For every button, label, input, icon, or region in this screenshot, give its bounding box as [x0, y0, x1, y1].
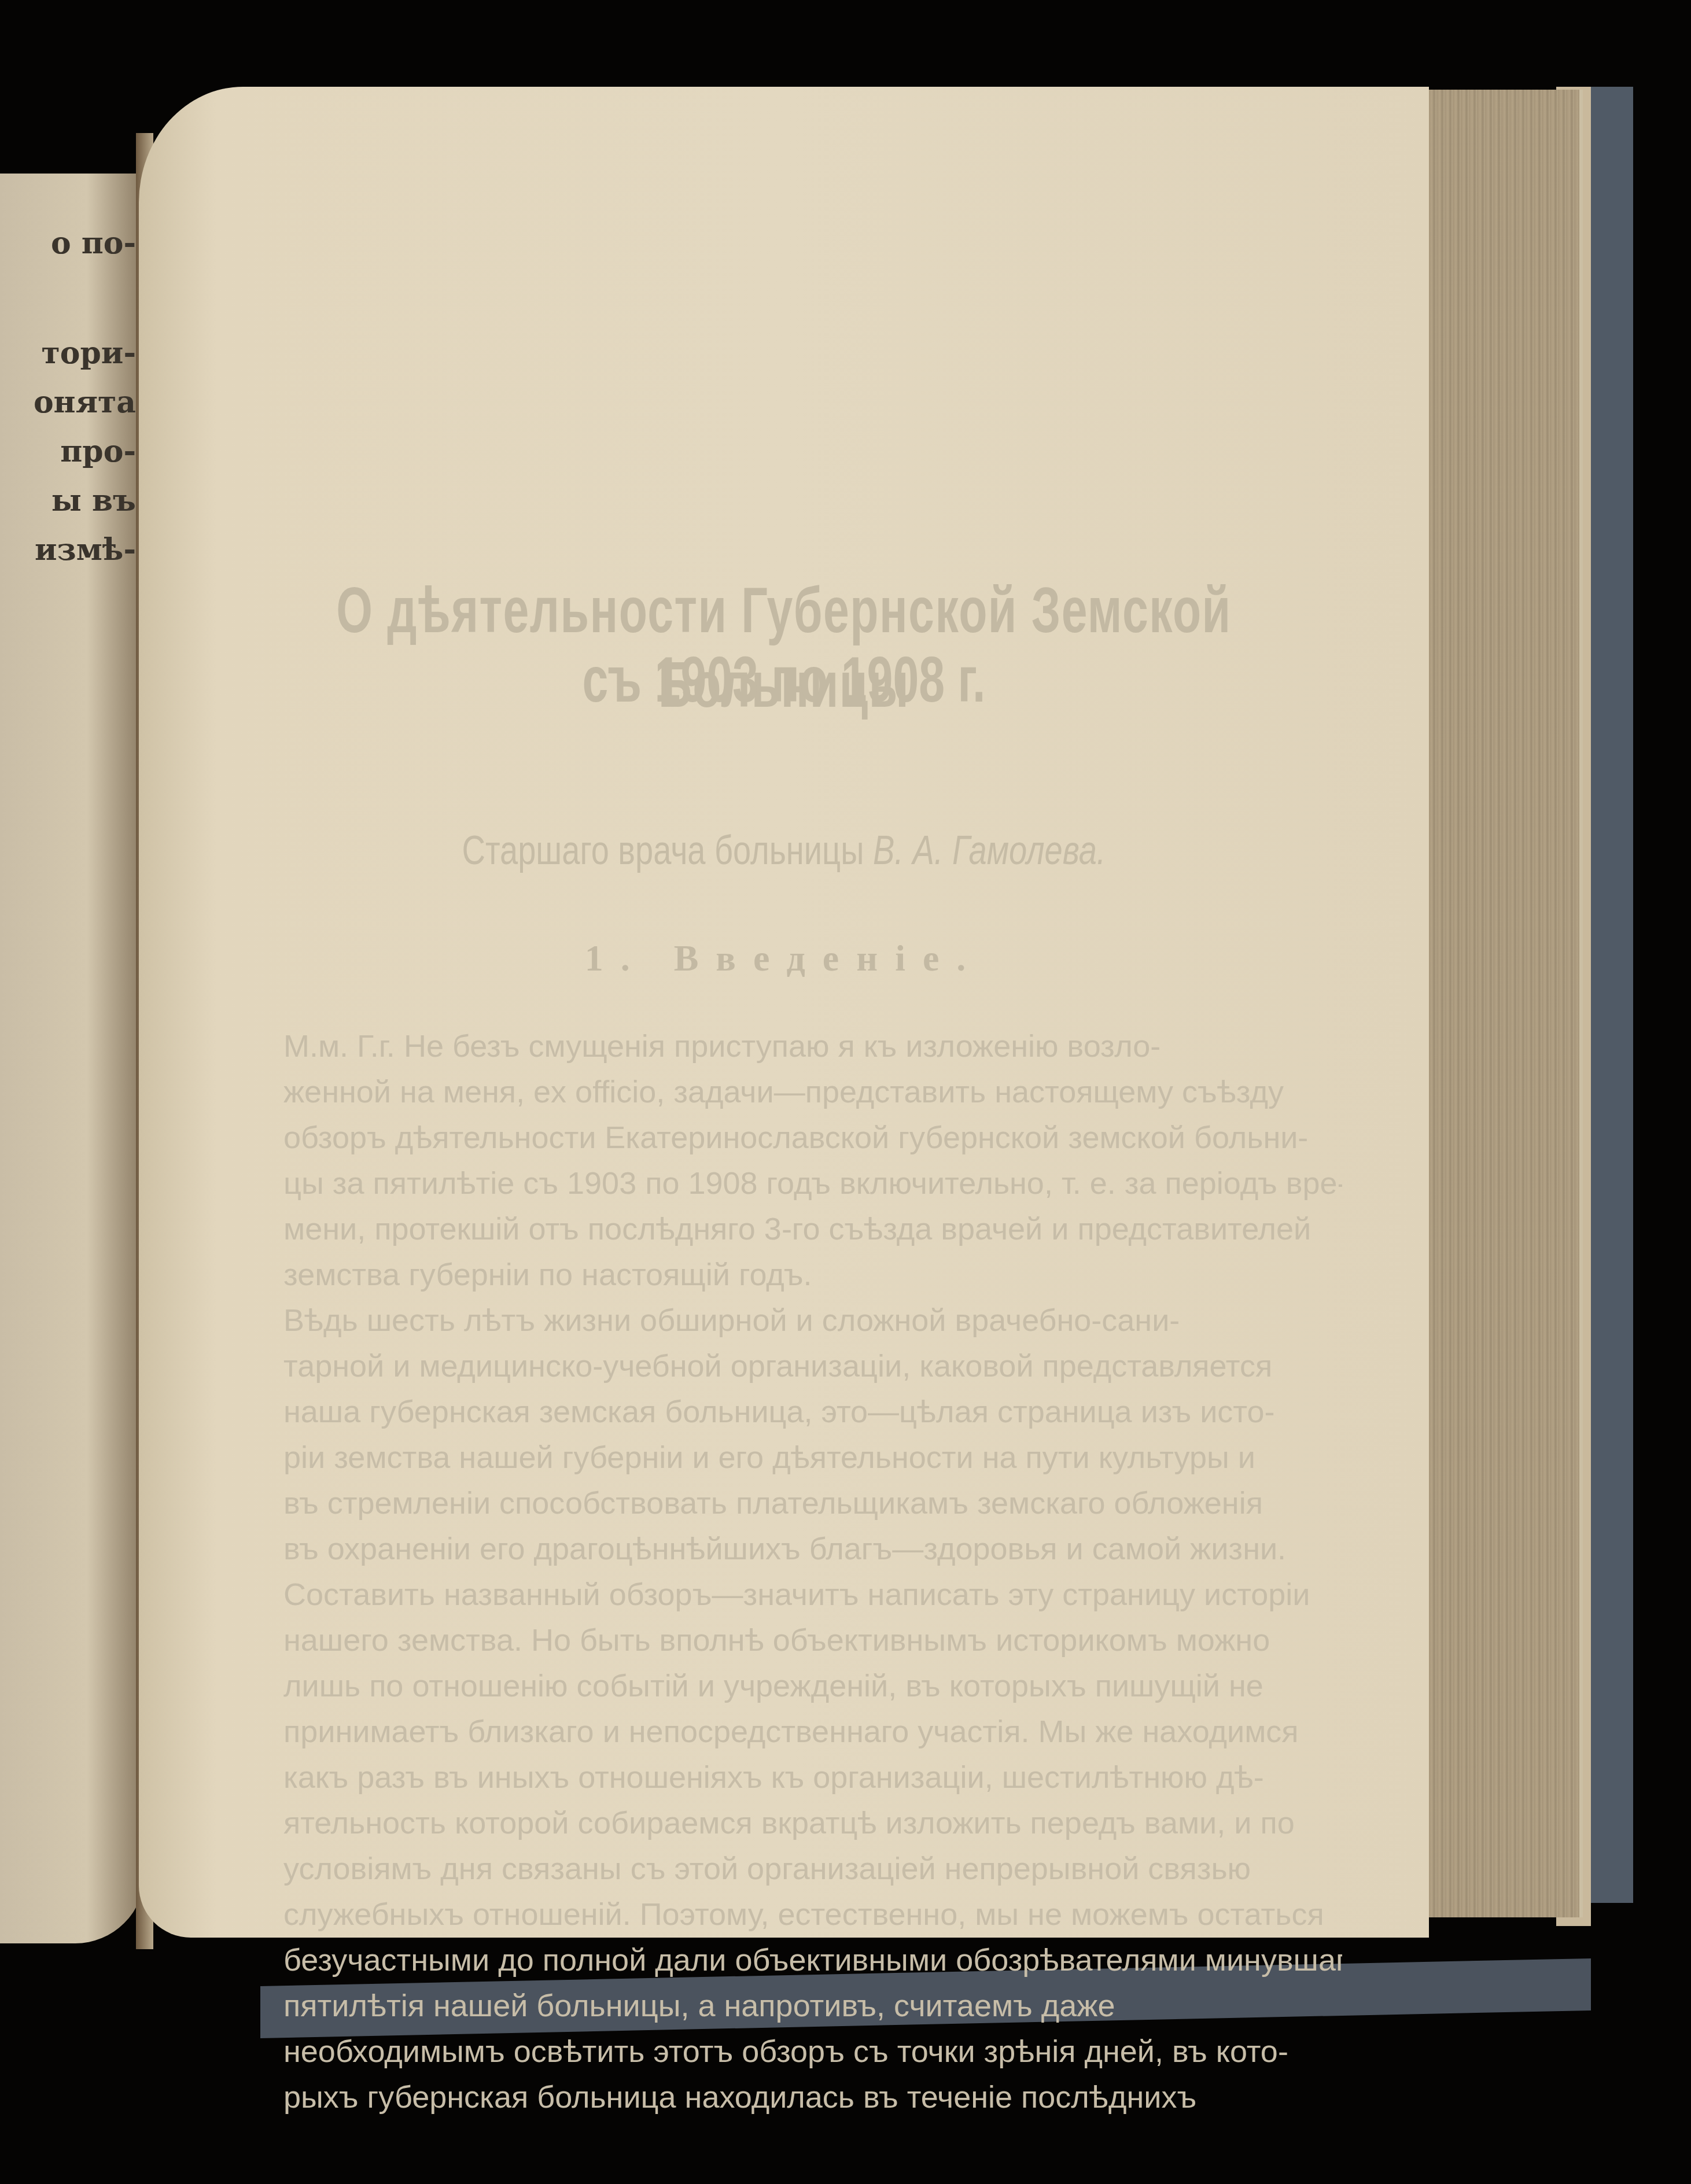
- text-line: пятилѣтія нашей больницы, а напротивъ, с…: [231, 1983, 1342, 2029]
- text-line: цы за пятилѣтіе съ 1903 по 1908 годъ вкл…: [231, 1161, 1342, 1207]
- text-line: служебныхъ отношеній. Поэтому, естествен…: [231, 1892, 1342, 1938]
- page-edge-stack: [1420, 90, 1583, 1917]
- text-line: въ стремленіи способствовать плательщика…: [231, 1481, 1342, 1526]
- left-page-fragment: онята: [0, 385, 136, 420]
- article-title-line-2: съ 1903 по 1908 г.: [319, 642, 1248, 717]
- left-page-fragment: тори-: [0, 335, 136, 371]
- text-line: безучастными до полной дали объективными…: [231, 1938, 1342, 1983]
- left-page: о по- тори- онята про- ы въ измѣ-: [0, 174, 145, 1943]
- text-line: ятельность которой собираемся вкратцѣ из…: [231, 1801, 1342, 1846]
- text-line: въ охраненіи его драгоцѣннѣйшихъ благъ—з…: [231, 1526, 1342, 1572]
- paragraph: М.м. Г.г. Не безъ смущенія приступаю я к…: [231, 1024, 1342, 1298]
- text-line: нашего земства. Но быть вполнѣ объективн…: [231, 1618, 1342, 1663]
- book-cover-cloth: [1588, 87, 1633, 1903]
- text-line: Составить названный обзоръ—значитъ напис…: [231, 1572, 1342, 1618]
- article-author: Старшаго врача больницы В. А. Гамолева.: [268, 827, 1300, 873]
- text-line: М.м. Г.г. Не безъ смущенія приступаю я к…: [231, 1024, 1342, 1069]
- author-prefix: Старшаго врача больницы: [462, 828, 864, 873]
- left-page-fragment: измѣ-: [0, 532, 136, 567]
- text-line: принимаетъ близкаго и непосредственнаго …: [231, 1709, 1342, 1755]
- right-page: О дѣятельности Губернской Земской Больни…: [139, 87, 1429, 1938]
- left-page-fragment: о по-: [0, 226, 136, 261]
- text-line: обзоръ дѣятельности Екатеринославской гу…: [231, 1115, 1342, 1161]
- text-line: рыхъ губернская больница находилась въ т…: [231, 2075, 1342, 2120]
- text-line: наша губернская земская больница, это—цѣ…: [231, 1389, 1342, 1435]
- section-heading: 1. Введеніе.: [139, 937, 1429, 980]
- text-line: земства губерніи по настоящій годъ.: [231, 1252, 1342, 1298]
- text-line: Вѣдь шесть лѣтъ жизни обширной и сложной…: [231, 1298, 1342, 1344]
- text-line: какъ разъ въ иныхъ отношеніяхъ къ органи…: [231, 1755, 1342, 1801]
- paragraph: Вѣдь шесть лѣтъ жизни обширной и сложной…: [231, 1298, 1342, 2120]
- left-page-fragment: про-: [0, 434, 136, 469]
- text-line: ріи земства нашей губерніи и его дѣятель…: [231, 1435, 1342, 1481]
- text-line: женной на меня, ex officio, задачи—предс…: [231, 1069, 1342, 1115]
- article-body: М.м. Г.г. Не безъ смущенія приступаю я к…: [231, 1024, 1342, 2120]
- text-line: тарной и медицинско-учебной организаціи,…: [231, 1344, 1342, 1389]
- text-line: необходимымъ освѣтить этотъ обзоръ съ то…: [231, 2029, 1342, 2075]
- text-line: лишь по отношенію событій и учрежденій, …: [231, 1663, 1342, 1709]
- text-line: условіямъ дня связаны съ этой организаці…: [231, 1846, 1342, 1892]
- left-page-fragment: ы въ: [0, 483, 136, 518]
- author-name: В. А. Гамолева.: [873, 828, 1106, 873]
- text-line: мени, протекшій отъ послѣдняго 3-го съѣз…: [231, 1207, 1342, 1252]
